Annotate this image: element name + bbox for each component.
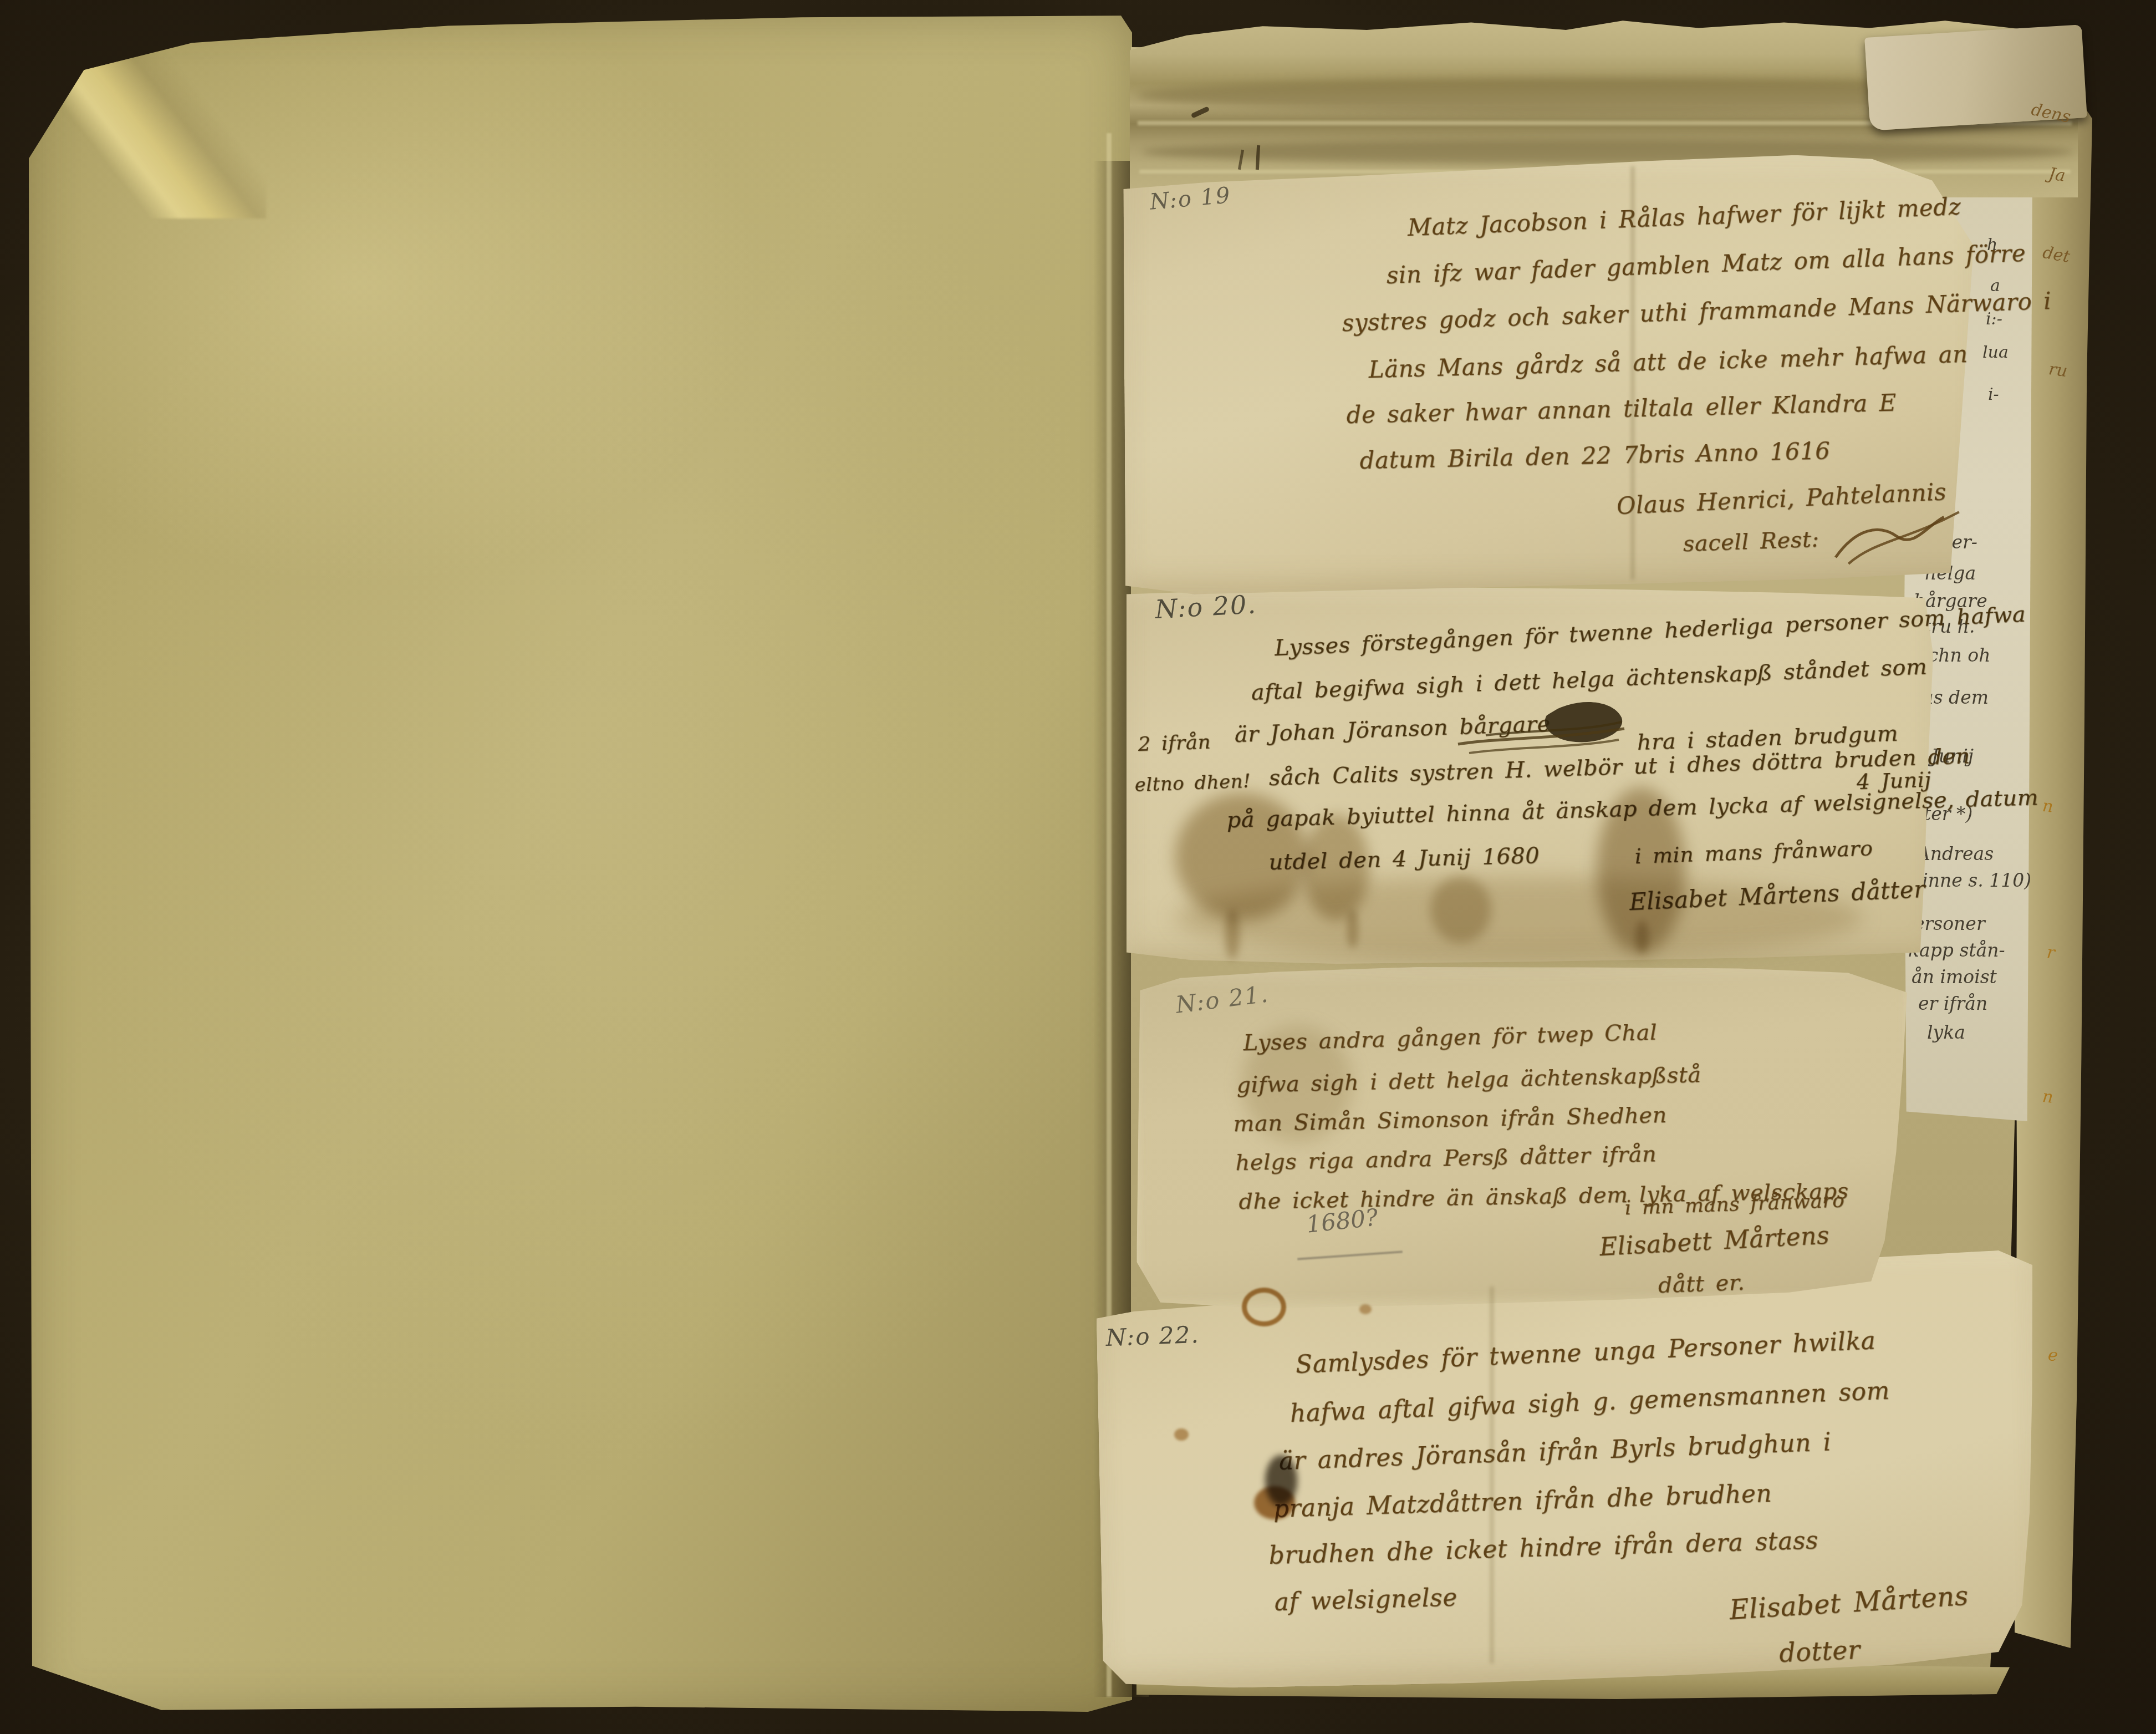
slip-line: lyka xyxy=(1927,1021,1965,1043)
left-blank-page xyxy=(29,12,1132,1713)
slip-line: er ifrån xyxy=(1918,993,1987,1014)
rust-blot-ring xyxy=(1242,1288,1286,1326)
note-20-margin-note: 4 Junij xyxy=(1856,767,1931,794)
slip-line: kapp stån- xyxy=(1908,939,2005,961)
edge-fragment: Ja xyxy=(2047,164,2067,186)
slip-fragment: lua xyxy=(1982,343,2009,362)
rust-speck xyxy=(1174,1428,1189,1441)
note-19-signature: sacell Rest: xyxy=(1683,526,1819,557)
slip-line: Andreas xyxy=(1917,843,1994,865)
note-20-margin-note: eltno dhen! xyxy=(1134,770,1251,796)
stain-drip xyxy=(1347,909,1358,948)
stain-drip xyxy=(1225,909,1240,959)
edge-fragment: e xyxy=(2047,1345,2058,1366)
note-20-margin-note: 2 ifrån xyxy=(1138,730,1211,756)
note-21-closing: dått er. xyxy=(1658,1270,1745,1298)
note-paper-22 xyxy=(1095,1250,2040,1690)
page-corner-fold xyxy=(33,19,266,218)
slip-line: as dem xyxy=(1923,687,1989,708)
archival-book-photo: N:o 19 Matz Jacobson i Rålas hafwer för … xyxy=(0,0,2156,1734)
note-22-number-label: N:o 22. xyxy=(1105,1321,1200,1351)
paper-crease xyxy=(1490,1286,1494,1664)
slip-line: ersoner xyxy=(1914,913,1985,934)
stain-drip xyxy=(1635,921,1649,954)
note-20-number-label: N:o 20. xyxy=(1154,589,1257,624)
note-22-closing: dotter xyxy=(1778,1635,1861,1668)
edge-fragment: ru xyxy=(2047,359,2068,381)
ink-smudge xyxy=(1265,1455,1297,1506)
slip-line: ån imoist xyxy=(1912,966,1997,988)
stain-band xyxy=(1142,140,2073,164)
water-stain-wash xyxy=(1175,876,1863,959)
rust-speck xyxy=(1359,1304,1372,1314)
edge-fragment: n xyxy=(2041,796,2054,817)
slip-fragment: i- xyxy=(1988,385,1999,404)
water-stain xyxy=(1242,1026,1353,1142)
paper-crease xyxy=(1631,166,1634,579)
edge-fragment: n xyxy=(2041,1087,2054,1107)
ink-blot-scribble xyxy=(1452,693,1630,765)
note-22-line: af welsignelse xyxy=(1274,1583,1457,1616)
